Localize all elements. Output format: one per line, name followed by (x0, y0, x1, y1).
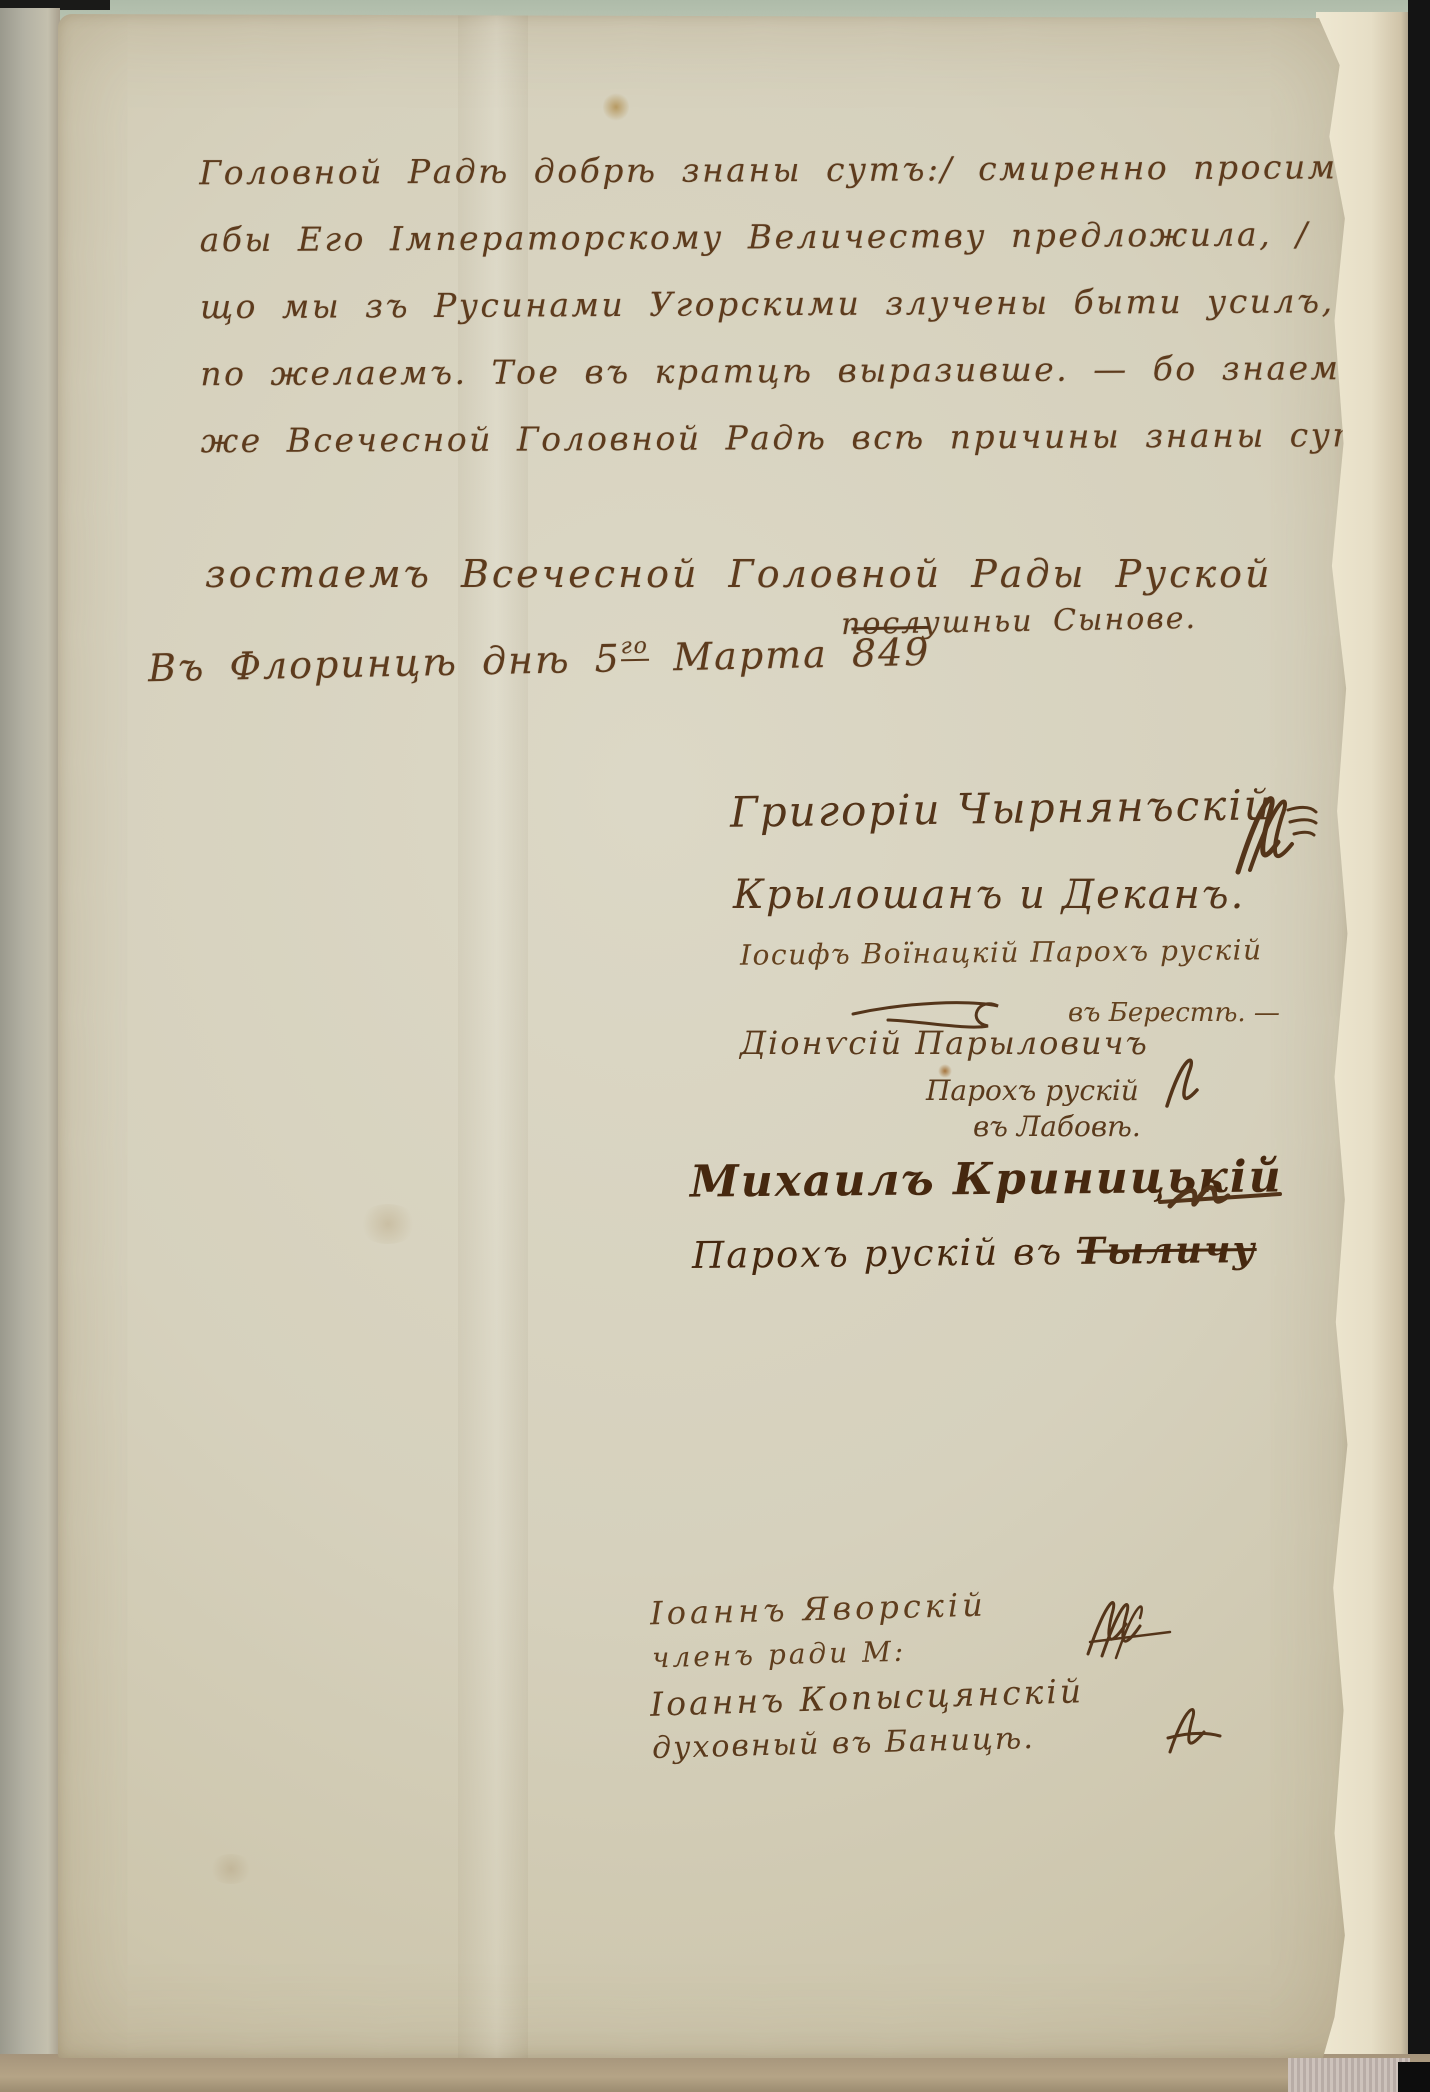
signature-kopystiansky-title: духовный въ Баницѣ. (652, 1721, 1036, 1766)
body-line: абы Его Імператорскому Величеству предло… (199, 200, 1430, 273)
manuscript-leaf: Головной Радѣ добрѣ знаны сутъ:/ смиренн… (58, 14, 1350, 2058)
ordinal-superscript: го (620, 634, 649, 662)
signature-yavorsky-name: Іоаннъ Яворскій (650, 1586, 988, 1633)
closing-formula-line: зостаемъ Всечесной Головной Рады Руской (205, 552, 1273, 596)
right-dark-edge (1408, 0, 1430, 2092)
bottom-backing-board (0, 2054, 1430, 2092)
date-month: Марта (649, 631, 853, 679)
strikeout-scribble-icon (1158, 1172, 1288, 1226)
date-prefix: Въ Флоринцѣ днѣ 5 (148, 636, 622, 690)
signature-chyrniansky-name: Григоріи Чырнянъскій (730, 780, 1273, 837)
paraph-flourish-icon (1158, 1694, 1228, 1768)
body-line: що мы зъ Русинами Угорскими злучены быти… (200, 267, 1430, 340)
signature-kopystiansky-name: Іоаннъ Копысцянскій (649, 1671, 1084, 1724)
left-underlying-page-edge (0, 8, 60, 2092)
body-line: Головной Радѣ добрѣ знаны сутъ:/ смиренн… (199, 133, 1430, 206)
petition-body-paragraph: Головной Радѣ добрѣ знаны сутъ:/ смиренн… (199, 133, 1430, 474)
paraph-flourish-icon (1078, 1584, 1178, 1668)
signature-parylovych-name: Діонѵсій Парыловичъ (740, 1024, 1149, 1062)
paper-stain (208, 1854, 254, 1884)
signature-voinatsky-name: Іосифъ Воїнацкій Парохъ рускій (740, 933, 1263, 971)
paper-stain (603, 92, 629, 122)
body-line: же Всечесной Головной Радѣ всѣ причины з… (201, 401, 1430, 474)
krynitsky-title-text: Парохъ рускій въ (692, 1230, 1077, 1277)
scanned-manuscript-page: Головной Радѣ добрѣ знаны сутъ:/ смиренн… (0, 0, 1430, 2092)
date-year: 849 (851, 626, 931, 676)
paraph-flourish-icon (1153, 1046, 1213, 1120)
signature-chyrniansky-title: Крылошанъ и Деканъ. (733, 872, 1245, 918)
signature-yavorsky-title: членъ ради М: (652, 1635, 907, 1675)
paraph-flourish-icon (1218, 782, 1328, 886)
bottom-right-dark-corner (1398, 2062, 1430, 2092)
signature-parylovych-place: въ Лабовѣ. (973, 1110, 1141, 1143)
signature-parylovych-title: Парохъ рускій (926, 1074, 1139, 1107)
place-date-line: Въ Флоринцѣ днѣ 5го Марта 849 (148, 628, 931, 690)
bottom-fabric-binding (1288, 2058, 1410, 2092)
krynitsky-place-struck: Тыличу (1077, 1227, 1257, 1273)
paper-stain (358, 1204, 418, 1244)
body-line: по желаемъ. Тое въ кратцѣ выразивше. — б… (200, 334, 1430, 407)
signature-krynitsky-title: Парохъ рускій въ Тыличу (692, 1227, 1257, 1277)
